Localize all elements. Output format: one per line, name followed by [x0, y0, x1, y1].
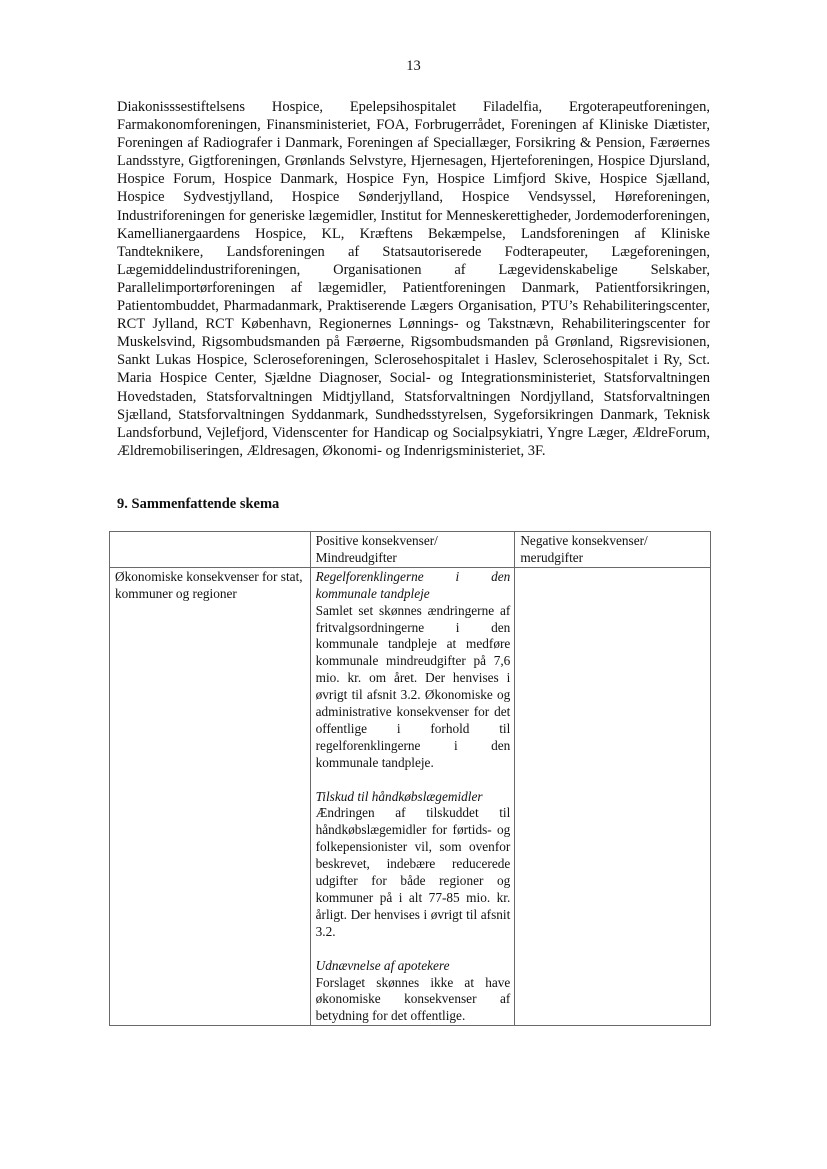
- consequence-block: Tilskud til håndkøbslægemidler Ændringen…: [316, 789, 511, 941]
- summary-table: Positive konsekvenser/ Mindreudgifter Ne…: [109, 531, 711, 1026]
- consequence-text: Ændringen af tilskuddet til håndkøbslæge…: [316, 805, 511, 938]
- row-label: Økonomiske konsekvenser for stat, kommun…: [110, 567, 311, 1025]
- table-header-row: Positive konsekvenser/ Mindreudgifter Ne…: [110, 532, 711, 568]
- consequence-title: Tilskud til håndkøbslægemidler: [316, 789, 511, 806]
- consequence-block: Regelforenklingerne i den kommunale tand…: [316, 569, 511, 772]
- table-header-cell: Negative konsekvenser/ merudgifter: [515, 532, 711, 568]
- consequence-title: Regelforenklingerne i den kommunale tand…: [316, 569, 511, 603]
- consequence-title: Udnævnelse af apotekere: [316, 958, 511, 975]
- section-heading: 9. Sammenfattende skema: [117, 496, 279, 513]
- table-row: Økonomiske konsekvenser for stat, kommun…: [110, 567, 711, 1025]
- consultation-list-paragraph: Diakonisssestiftelsens Hospice, Epelepsi…: [117, 98, 710, 460]
- table-header-cell: Positive konsekvenser/ Mindreudgifter: [310, 532, 515, 568]
- consequence-text: Samlet set skønnes ændringerne af fritva…: [316, 603, 511, 770]
- consequence-text: Forslaget skønnes ikke at have økonomisk…: [316, 975, 511, 1024]
- negative-consequences-cell: [515, 567, 711, 1025]
- page-number: 13: [0, 58, 827, 75]
- consequence-block: Udnævnelse af apotekere Forslaget skønne…: [316, 958, 511, 1026]
- positive-consequences-cell: Regelforenklingerne i den kommunale tand…: [310, 567, 515, 1025]
- table-header-cell: [110, 532, 311, 568]
